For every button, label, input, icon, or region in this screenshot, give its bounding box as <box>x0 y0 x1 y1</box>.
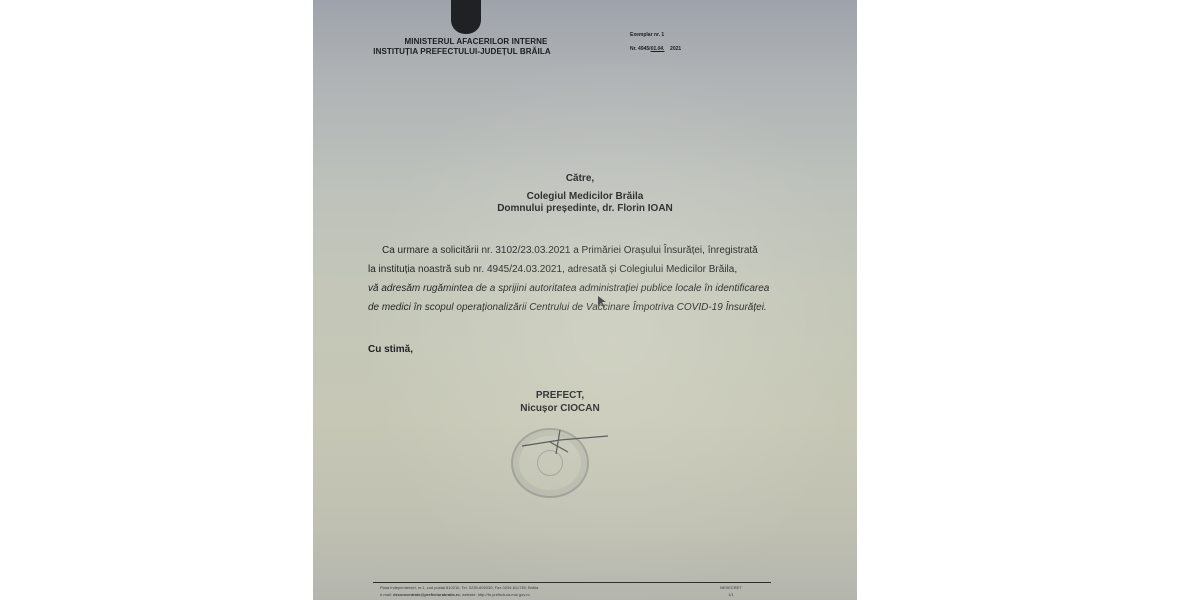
classification-block: NESECRET 1/1 <box>720 584 742 598</box>
handwritten-signature <box>520 428 610 458</box>
signature-block: PREFECT, Nicușor CIOCAN <box>460 389 660 415</box>
mouse-cursor-icon <box>598 296 606 308</box>
footer-divider <box>373 582 771 583</box>
footer-email-label: e-mail: <box>380 592 393 597</box>
letterhead: MINISTERUL AFACERILOR INTERNE INSTITUȚIA… <box>357 37 567 57</box>
footer-email: deconcentrate@prefecturabraila.ro <box>393 592 460 597</box>
letter-body: Ca urmare a solicitării nr. 3102/23.03.2… <box>368 240 768 319</box>
copy-number: Exemplar nr. 1 <box>630 28 740 42</box>
footer-address: Piața Independenței, nr.1, cod poștal 81… <box>380 584 700 591</box>
signatory-title: PREFECT, <box>460 389 660 402</box>
recipient-org: Colegiul Medicilor Brăila <box>360 191 800 203</box>
addressee-block: Către, Colegiul Medicilor Brăila Domnulu… <box>360 170 800 215</box>
closing-salutation: Cu stimă, <box>368 344 413 355</box>
classification-label: NESECRET <box>720 584 742 591</box>
to-label: Către, <box>360 170 800 187</box>
coat-of-arms-icon <box>451 0 481 34</box>
signatory-name: Nicușor CIOCAN <box>460 402 660 415</box>
footer-website-label: ; website: <box>460 592 478 597</box>
reference-date: 01.04. <box>651 46 665 52</box>
ministry-name: MINISTERUL AFACERILOR INTERNE <box>357 37 567 47</box>
page-number: 1/1 <box>720 591 742 598</box>
institution-name: INSTITUȚIA PREFECTULUI-JUDEȚUL BRĂILA <box>357 47 567 57</box>
reference-year: 2021 <box>670 46 681 52</box>
recipient-person: Domnului președinte, dr. Florin IOAN <box>360 203 800 215</box>
body-line: de medici în scopul operaționalizării Ce… <box>368 297 768 319</box>
footer-website: http://br.prefectura.mai.gov.ro <box>478 592 530 597</box>
reference-number: Nr. 4945/ <box>630 46 651 52</box>
document-photo: MINISTERUL AFACERILOR INTERNE INSTITUȚIA… <box>313 0 857 600</box>
reference-box: Exemplar nr. 1 Nr. 4945/01.04. 2021 <box>630 28 740 56</box>
footer-contact: Piața Independenței, nr.1, cod poștal 81… <box>380 584 700 598</box>
